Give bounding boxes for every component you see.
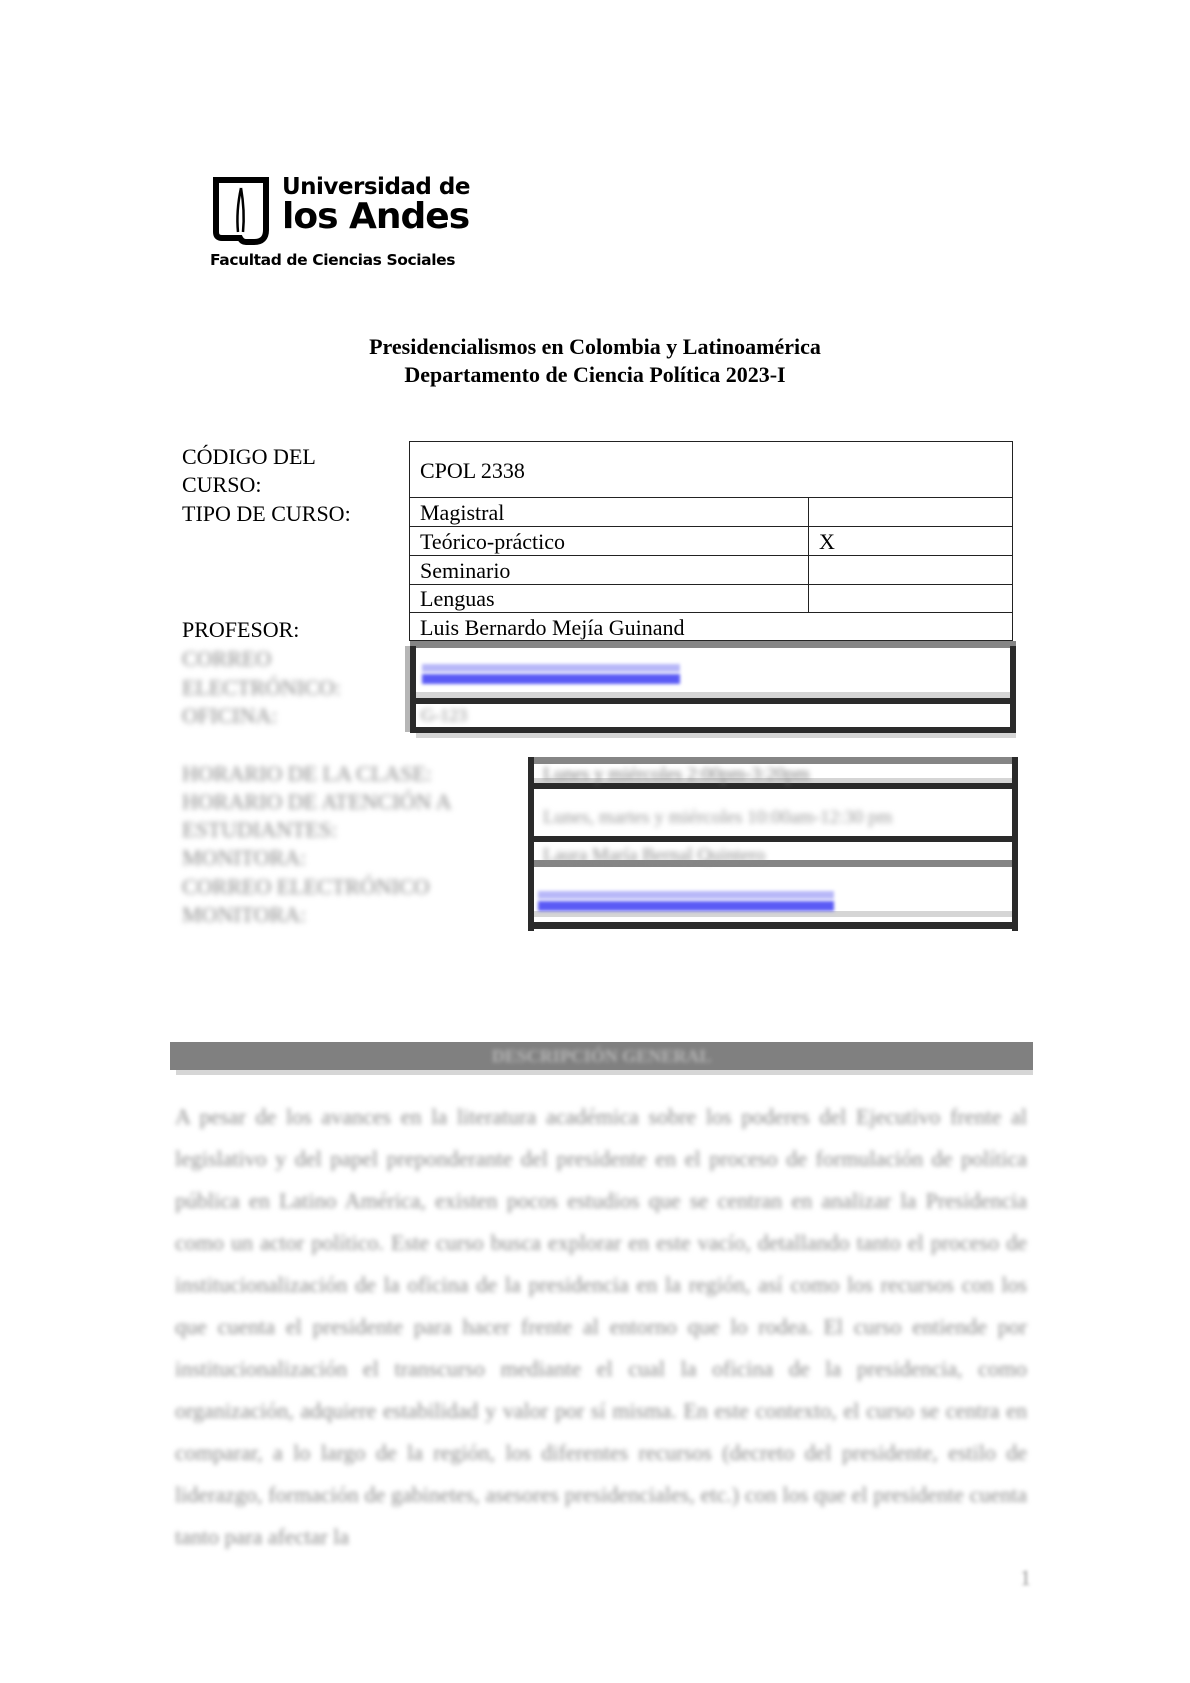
monitora-value: Laura María Bernal Quintero <box>532 843 765 869</box>
codigo-value: CPOL 2338 <box>409 458 525 484</box>
section-header-bar: DESCRIPCIÓN GENERAL <box>170 1042 1033 1070</box>
oficina-label: OFICINA: <box>182 702 277 730</box>
atencion-value: Lunes, martes y miércoles 10:00am-12:30 … <box>532 805 892 831</box>
horario-clase-value: Lunes y miércoles 2:00pm-3:20pm <box>532 762 809 788</box>
oficina-value: G-123 <box>410 702 467 728</box>
profesor-email-text[interactable]: lmejia@uniandes.edu.co <box>422 660 600 681</box>
tipo-lenguas: Lenguas <box>409 586 495 612</box>
tipo-teorico-practico: Teórico-práctico <box>409 529 565 555</box>
university-logo: Universidad de los Andes Facultad de Cie… <box>210 174 460 274</box>
shield-icon <box>212 176 270 246</box>
correo-label-2: ELECTRÓNICO: <box>182 674 341 702</box>
codigo-label-1: CÓDIGO DEL <box>182 443 316 471</box>
correo-monitora-label-2: MONITORA: <box>182 901 306 929</box>
atencion-label-1: HORARIO DE ATENCIÓN A <box>182 788 452 816</box>
horario-clase-label: HORARIO DE LA CLASE: <box>182 760 432 788</box>
page-number: 1 <box>1020 1565 1031 1591</box>
department-title: Departamento de Ciencia Política 2023-I <box>0 361 1190 389</box>
logo-andes-line: los Andes <box>282 196 469 237</box>
profesor-label: PROFESOR: <box>182 616 299 644</box>
logo-faculty-line: Facultad de Ciencias Sociales <box>210 251 455 269</box>
tipo-magistral: Magistral <box>409 500 504 526</box>
profesor-value: Luis Bernardo Mejía Guinand <box>409 615 685 641</box>
codigo-label-2: CURSO: <box>182 471 261 499</box>
section-title: DESCRIPCIÓN GENERAL <box>170 1044 1033 1068</box>
tipo-label: TIPO DE CURSO: <box>182 500 351 528</box>
course-title: Presidencialismos en Colombia y Latinoam… <box>0 333 1190 361</box>
monitora-label: MONITORA: <box>182 844 306 872</box>
tipo-seminario: Seminario <box>409 558 510 584</box>
tipo-teorico-practico-mark: X <box>808 529 835 555</box>
atencion-label-2: ESTUDIANTES: <box>182 816 337 844</box>
correo-monitora-label-1: CORREO ELECTRÓNICO <box>182 873 430 901</box>
monitora-email-text[interactable]: lm.bernalq@uniandes.edu.co <box>538 887 748 908</box>
correo-label-1: CORREO <box>182 645 271 673</box>
description-paragraph: A pesar de los avances en la literatura … <box>175 1096 1027 1558</box>
